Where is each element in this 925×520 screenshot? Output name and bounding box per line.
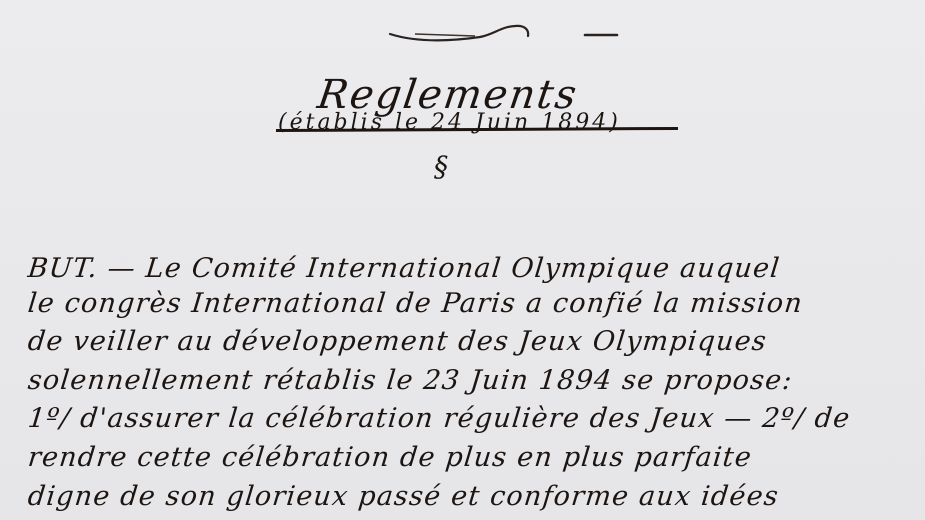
- body-line-2: le congrès International de Paris a conf…: [26, 288, 804, 319]
- manuscript-page: Reglements (établis le 24 Juin 1894) § B…: [0, 0, 925, 520]
- body-line-5: 1º/ d'assurer la célébration régulière d…: [26, 403, 852, 434]
- header-flourish-icon: [385, 22, 625, 52]
- section-ornament: §: [434, 150, 449, 183]
- body-line-3: de veiller au développement des Jeux Oly…: [26, 326, 768, 357]
- body-line-7: digne de son glorieux passé et conforme …: [26, 481, 780, 512]
- body-line-1: BUT. — Le Comité International Olympique…: [26, 253, 781, 284]
- body-line-4: solennellement rétablis le 23 Juin 1894 …: [26, 365, 794, 396]
- body-line-6: rendre cette célébration de plus en plus…: [26, 442, 753, 473]
